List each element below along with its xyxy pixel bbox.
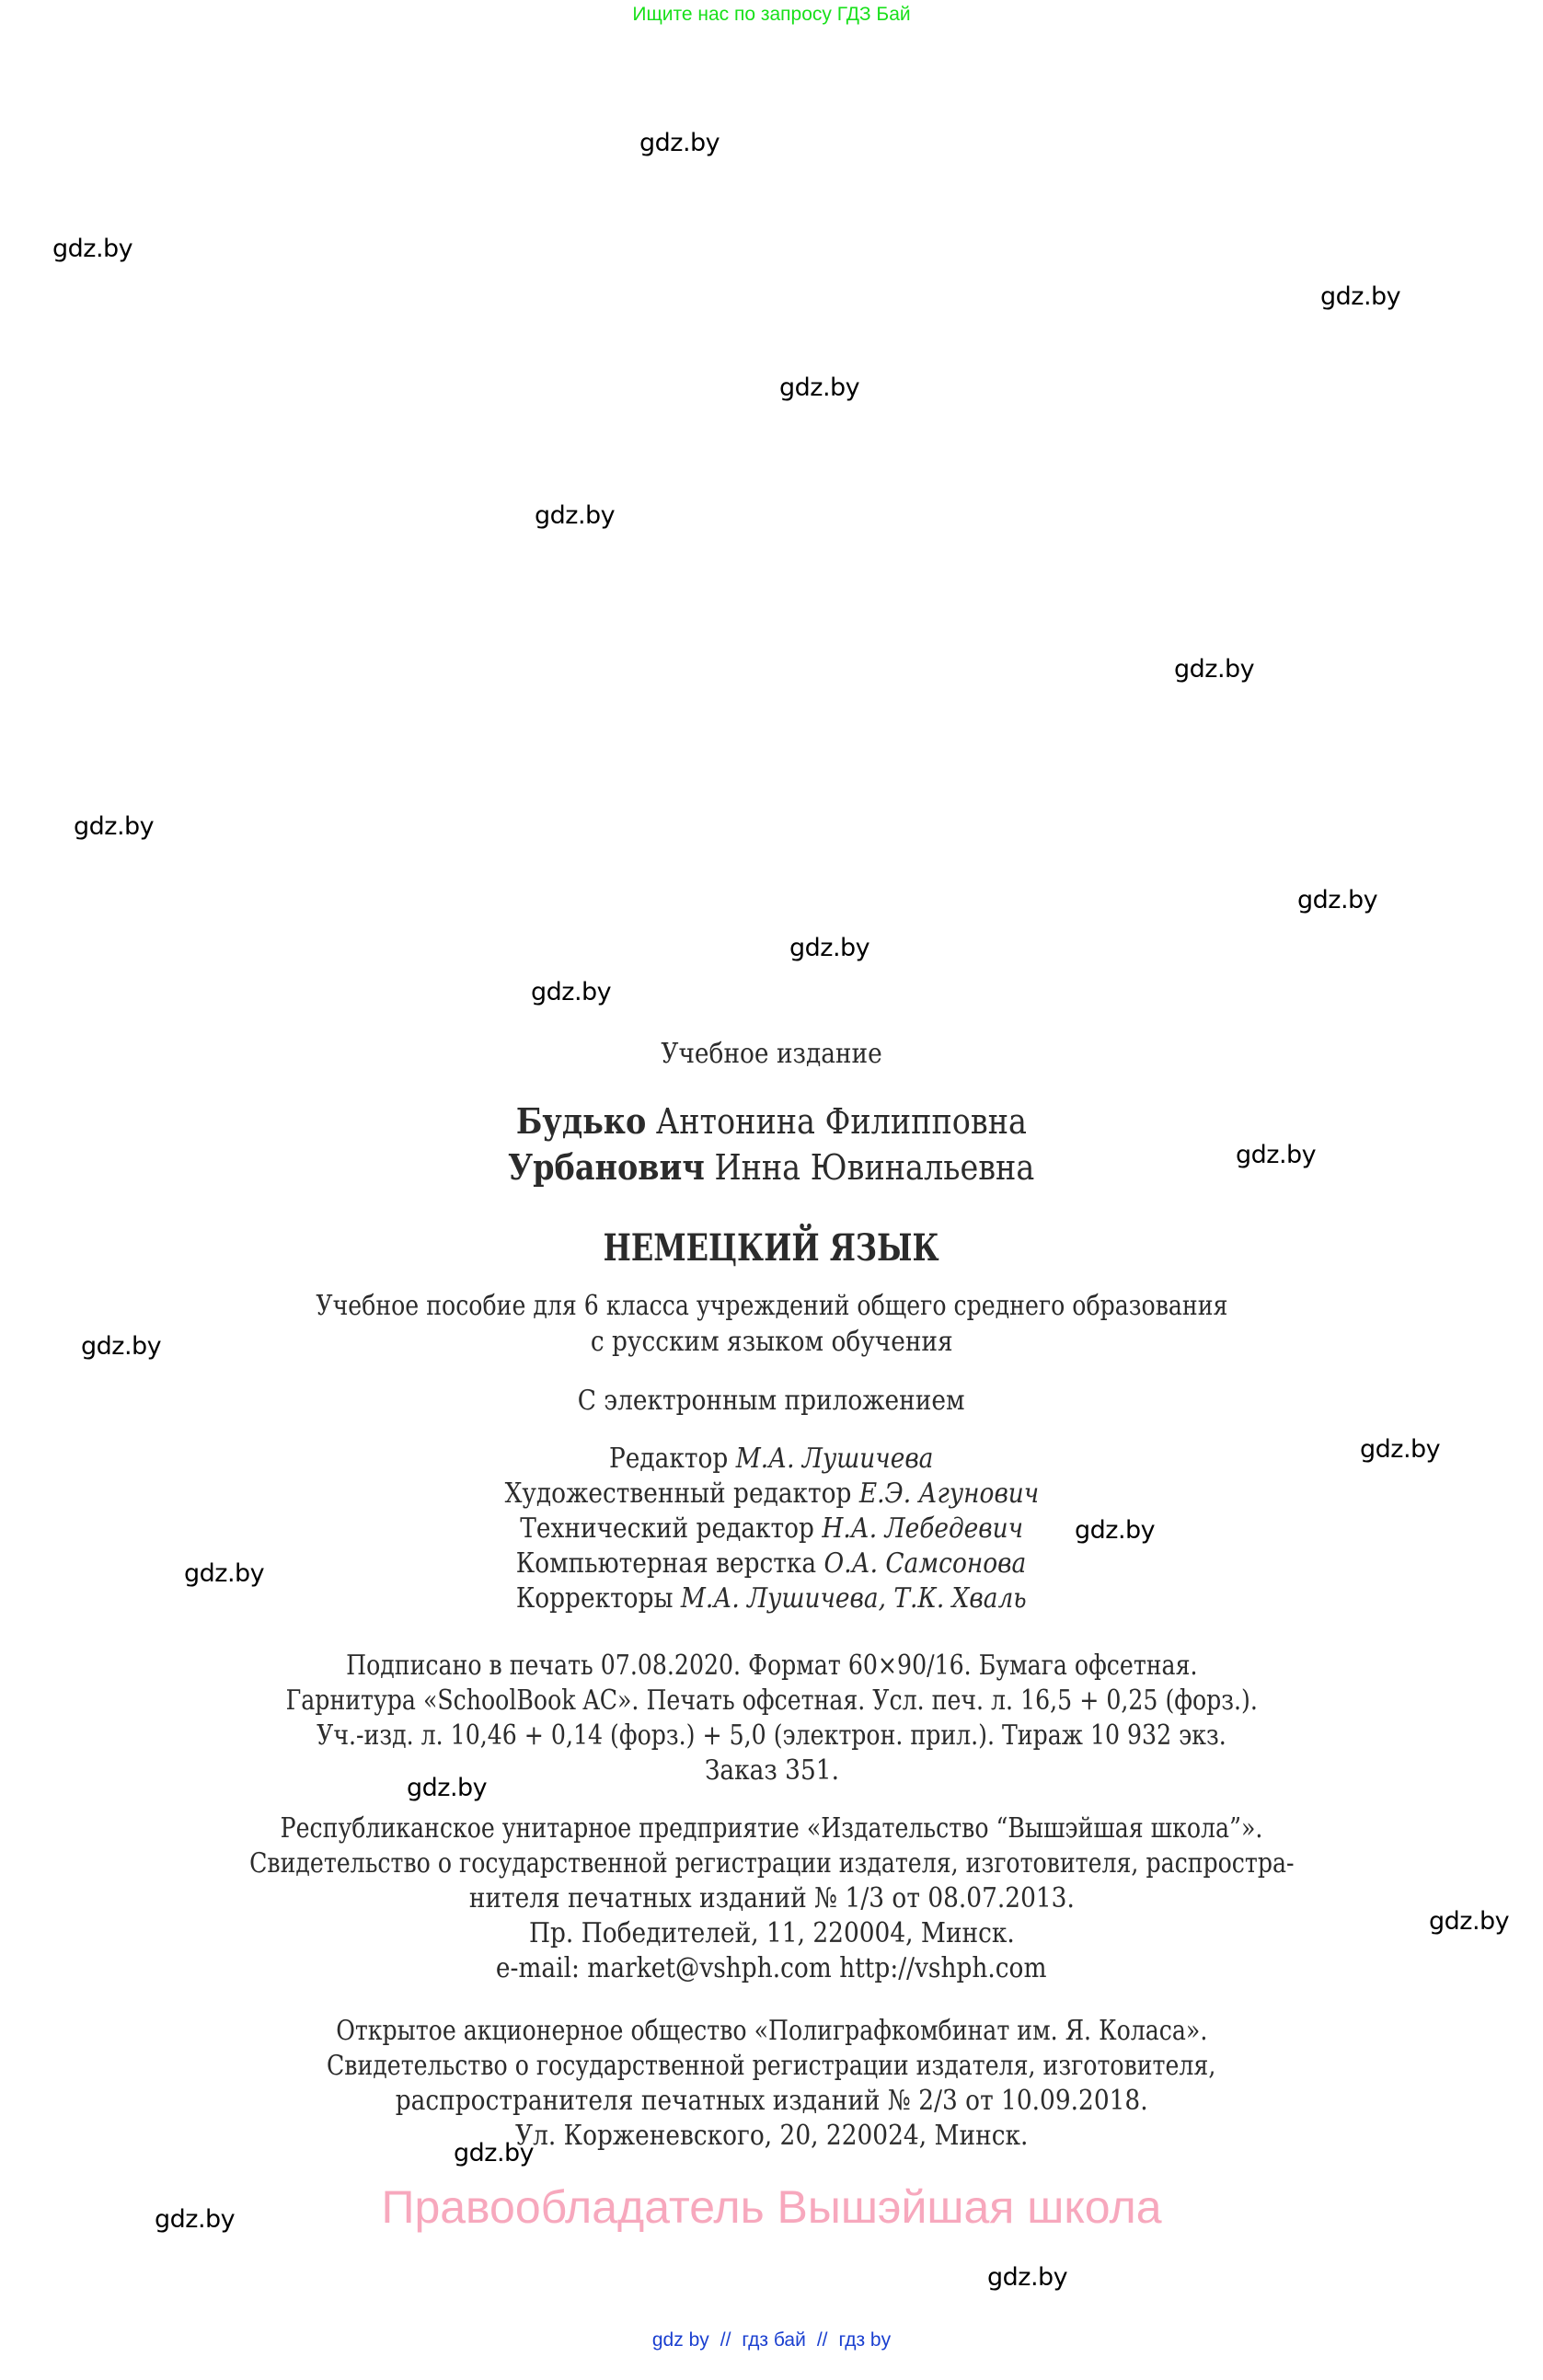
subtitle: Учебное пособие для 6 класса учреждений …	[0, 1290, 1543, 1322]
book-title: НЕМЕЦКИЙ ЯЗЫК	[0, 1226, 1543, 1270]
footer-links: gdz by//гдз бай//гдз by	[0, 2329, 1543, 2351]
author-line: Будько Антонина Филипповна	[0, 1100, 1543, 1142]
edition-type: Учебное издание	[0, 1038, 1543, 1070]
credit-line: Корректоры М.А. Лушичева, Т.К. Хваль	[0, 1582, 1543, 1615]
printer-info: распространителя печатных изданий № 2/3 …	[0, 2085, 1543, 2117]
watermark: gdz.by	[535, 501, 615, 530]
author-surname: Урбанович	[508, 1146, 705, 1188]
publisher-info: Свидетельство о государственной регистра…	[0, 1847, 1543, 1880]
watermark: gdz.by	[1297, 886, 1377, 914]
watermark: gdz.by	[74, 812, 154, 841]
watermark: gdz.by	[789, 934, 869, 962]
author-line: Урбанович Инна Ювинальевна	[0, 1146, 1543, 1188]
footer-link[interactable]: gdz by	[652, 2329, 709, 2351]
credit-line: Художественный редактор Е.Э. Агунович	[0, 1477, 1543, 1510]
watermark: gdz.by	[1174, 655, 1254, 684]
print-info: Подписано в печать 07.08.2020. Формат 60…	[0, 1650, 1543, 1682]
supplement-note: С электронным приложением	[0, 1385, 1543, 1417]
printer-info: Свидетельство о государственной регистра…	[0, 2050, 1543, 2082]
publisher-info: нителя печатных изданий № 1/3 от 08.07.2…	[0, 1882, 1543, 1914]
author-name: Антонина Филипповна	[656, 1101, 1027, 1142]
credit-line: Редактор М.А. Лушичева	[0, 1443, 1543, 1475]
publisher-info: Республиканское унитарное предприятие «И…	[0, 1812, 1543, 1845]
search-hint-banner: Ищите нас по запросу ГДЗ Бай	[0, 4, 1543, 26]
print-info: Заказ 351.	[0, 1754, 1543, 1787]
footer-separator: //	[720, 2329, 731, 2351]
printer-info: Открытое акционерное общество «Полиграфк…	[0, 2015, 1543, 2047]
watermark: gdz.by	[639, 129, 720, 157]
print-info: Гарнитура «SchoolBook AC». Печать офсетн…	[0, 1684, 1543, 1717]
watermark: gdz.by	[52, 235, 132, 263]
credit-line: Технический редактор Н.А. Лебедевич	[0, 1512, 1543, 1545]
watermark: gdz.by	[531, 978, 611, 1006]
footer-link[interactable]: гдз бай	[742, 2329, 805, 2351]
author-name: Инна Ювинальевна	[715, 1147, 1035, 1188]
print-info: Уч.-изд. л. 10,46 + 0,14 (форз.) + 5,0 (…	[0, 1719, 1543, 1752]
watermark: gdz.by	[987, 2263, 1067, 2292]
publisher-contacts: e-mail: market@vshph.com http://vshph.co…	[0, 1952, 1543, 1984]
rights-holder-notice: Правообладатель Вышэйшая школа	[0, 2180, 1543, 2234]
watermark: gdz.by	[1320, 282, 1400, 311]
footer-link[interactable]: гдз by	[838, 2329, 891, 2351]
subtitle: с русским языком обучения	[0, 1326, 1543, 1358]
watermark: gdz.by	[779, 374, 859, 402]
printer-info: Ул. Корженевского, 20, 220024, Минск.	[0, 2120, 1543, 2152]
author-surname: Будько	[516, 1100, 646, 1142]
footer-separator: //	[817, 2329, 828, 2351]
publisher-info: Пр. Победителей, 11, 220004, Минск.	[0, 1917, 1543, 1949]
credit-line: Компьютерная верстка О.А. Самсонова	[0, 1547, 1543, 1580]
